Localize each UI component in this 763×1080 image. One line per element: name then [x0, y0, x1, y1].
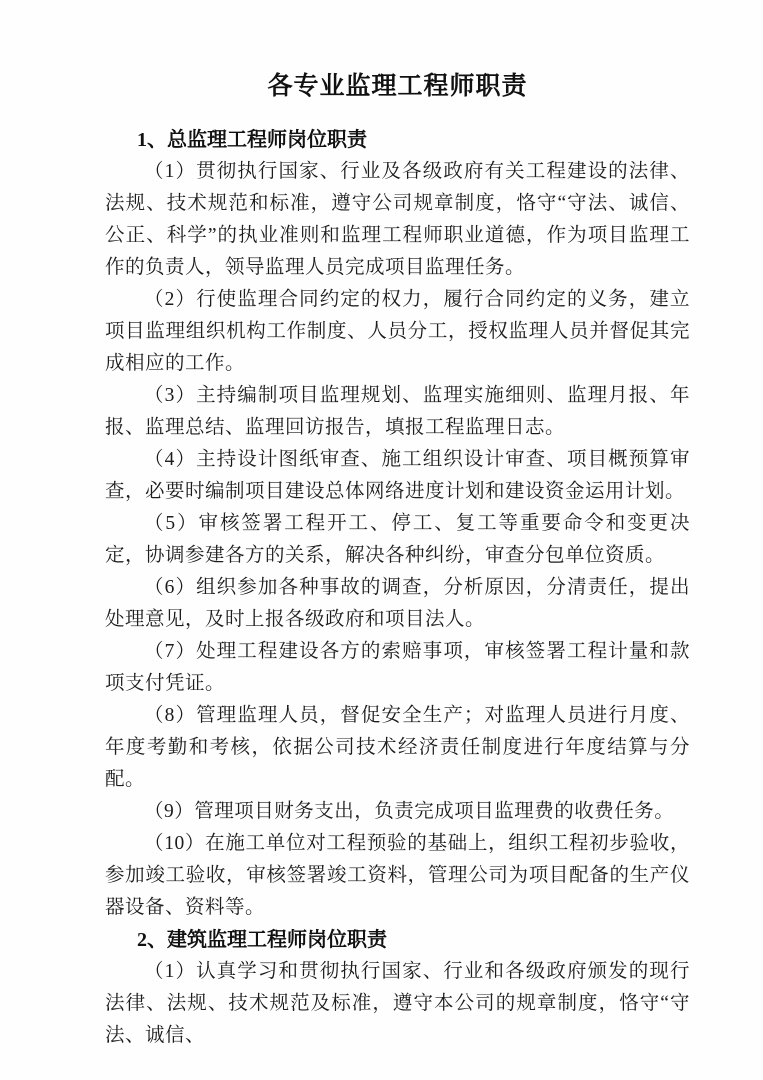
paragraph: （10）在施工单位对工程预验的基础上，组织工程初步验收，参加竣工验收，审核签署竣… [105, 828, 690, 924]
document-page: 各专业监理工程师职责 1、总监理工程师岗位职责（1）贯彻执行国家、行业及各级政府… [0, 0, 763, 1080]
paragraph: （2）行使监理合同约定的权力，履行合同约定的义务，建立项目监理组织机构工作制度、… [105, 284, 690, 380]
document-body: 1、总监理工程师岗位职责（1）贯彻执行国家、行业及各级政府有关工程建设的法律、法… [105, 124, 690, 1052]
section-heading: 2、建筑监理工程师岗位职责 [105, 924, 690, 956]
document-title: 各专业监理工程师职责 [105, 70, 690, 104]
paragraph: （4）主持设计图纸审查、施工组织设计审查、项目概预算审查，必要时编制项目建设总体… [105, 444, 690, 508]
paragraph: （9）管理项目财务支出，负责完成项目监理费的收费任务。 [105, 796, 690, 828]
section-heading: 1、总监理工程师岗位职责 [105, 124, 690, 156]
paragraph: （1）认真学习和贯彻执行国家、行业和各级政府颁发的现行法律、法规、技术规范及标准… [105, 956, 690, 1052]
paragraph: （7）处理工程建设各方的索赔事项，审核签署工程计量和款项支付凭证。 [105, 636, 690, 700]
paragraph: （3）主持编制项目监理规划、监理实施细则、监理月报、年报、监理总结、监理回访报告… [105, 380, 690, 444]
paragraph: （5）审核签署工程开工、停工、复工等重要命令和变更决定，协调参建各方的关系，解决… [105, 508, 690, 572]
paragraph: （1）贯彻执行国家、行业及各级政府有关工程建设的法律、法规、技术规范和标准，遵守… [105, 156, 690, 284]
paragraph: （8）管理监理人员，督促安全生产；对监理人员进行月度、年度考勤和考核，依据公司技… [105, 700, 690, 796]
paragraph: （6）组织参加各种事故的调查，分析原因，分清责任，提出处理意见，及时上报各级政府… [105, 572, 690, 636]
